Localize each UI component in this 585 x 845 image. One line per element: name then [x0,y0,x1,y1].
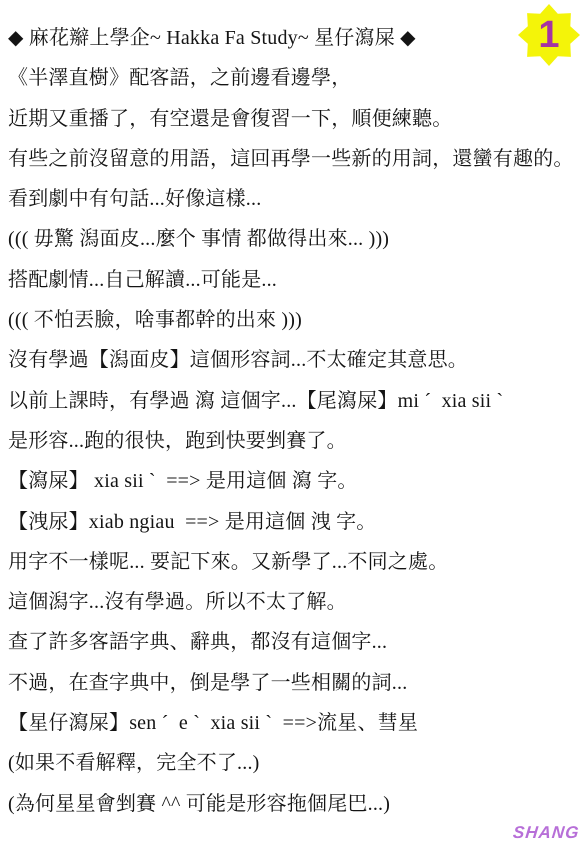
text-line: 查了許多客語字典、辭典，都沒有這個字... [8,622,581,662]
document-page: 1 ◆ 麻花辮上學企~ Hakka Fa Study~ 星仔瀉屎 ◆《半澤直樹》… [0,0,585,845]
text-line: 不過，在查字典中，倒是學了一些相關的詞... [8,663,581,703]
text-line: 【星仔瀉屎】sen ˊ e ˋ xia sii ˋ ==>流星、彗星 [8,703,581,743]
text-line: 搭配劇情...自己解讀...可能是... [8,260,581,300]
text-line: (如果不看解釋，完全不了...) [8,743,581,783]
text-line: 用字不一樣呢... 要記下來。又新學了...不同之處。 [8,542,581,582]
text-line: 【洩尿】xiab ngiau ==> 是用這個 洩 字。 [8,502,581,542]
text-line: (為何星星會剉賽 ^^ 可能是形容拖個尾巴...) [8,784,581,824]
text-line: 有些之前沒留意的用語，這回再學一些新的用詞，還蠻有趣的。 [8,139,581,179]
text-line: ((( 毋驚 潟面皮...麼个 事情 都做得出來... ))) [8,219,581,259]
text-line: 近期又重播了，有空還是會復習一下，順便練聽。 [8,99,581,139]
watermark-signature: SHANG [512,823,581,843]
text-line: 是形容...跑的很快，跑到快要剉賽了。 [8,421,581,461]
text-line: 以前上課時，有學過 瀉 這個字...【尾瀉屎】mi ˊ xia sii ˋ [8,381,581,421]
text-line: 【瀉屎】 xia sii ˋ ==> 是用這個 瀉 字。 [8,461,581,501]
text-line: 沒有學過【潟面皮】這個形容詞...不太確定其意思。 [8,340,581,380]
text-line: 這個潟字...沒有學過。所以不太了解。 [8,582,581,622]
post-body: ◆ 麻花辮上學企~ Hakka Fa Study~ 星仔瀉屎 ◆《半澤直樹》配客… [8,18,581,824]
text-line: 《半澤直樹》配客語，之前邊看邊學， [8,58,581,98]
text-line: ◆ 麻花辮上學企~ Hakka Fa Study~ 星仔瀉屎 ◆ [8,18,581,58]
text-line: 看到劇中有句話...好像這樣... [8,179,581,219]
text-line: ((( 不怕丟臉，啥事都幹的出來 ))) [8,300,581,340]
